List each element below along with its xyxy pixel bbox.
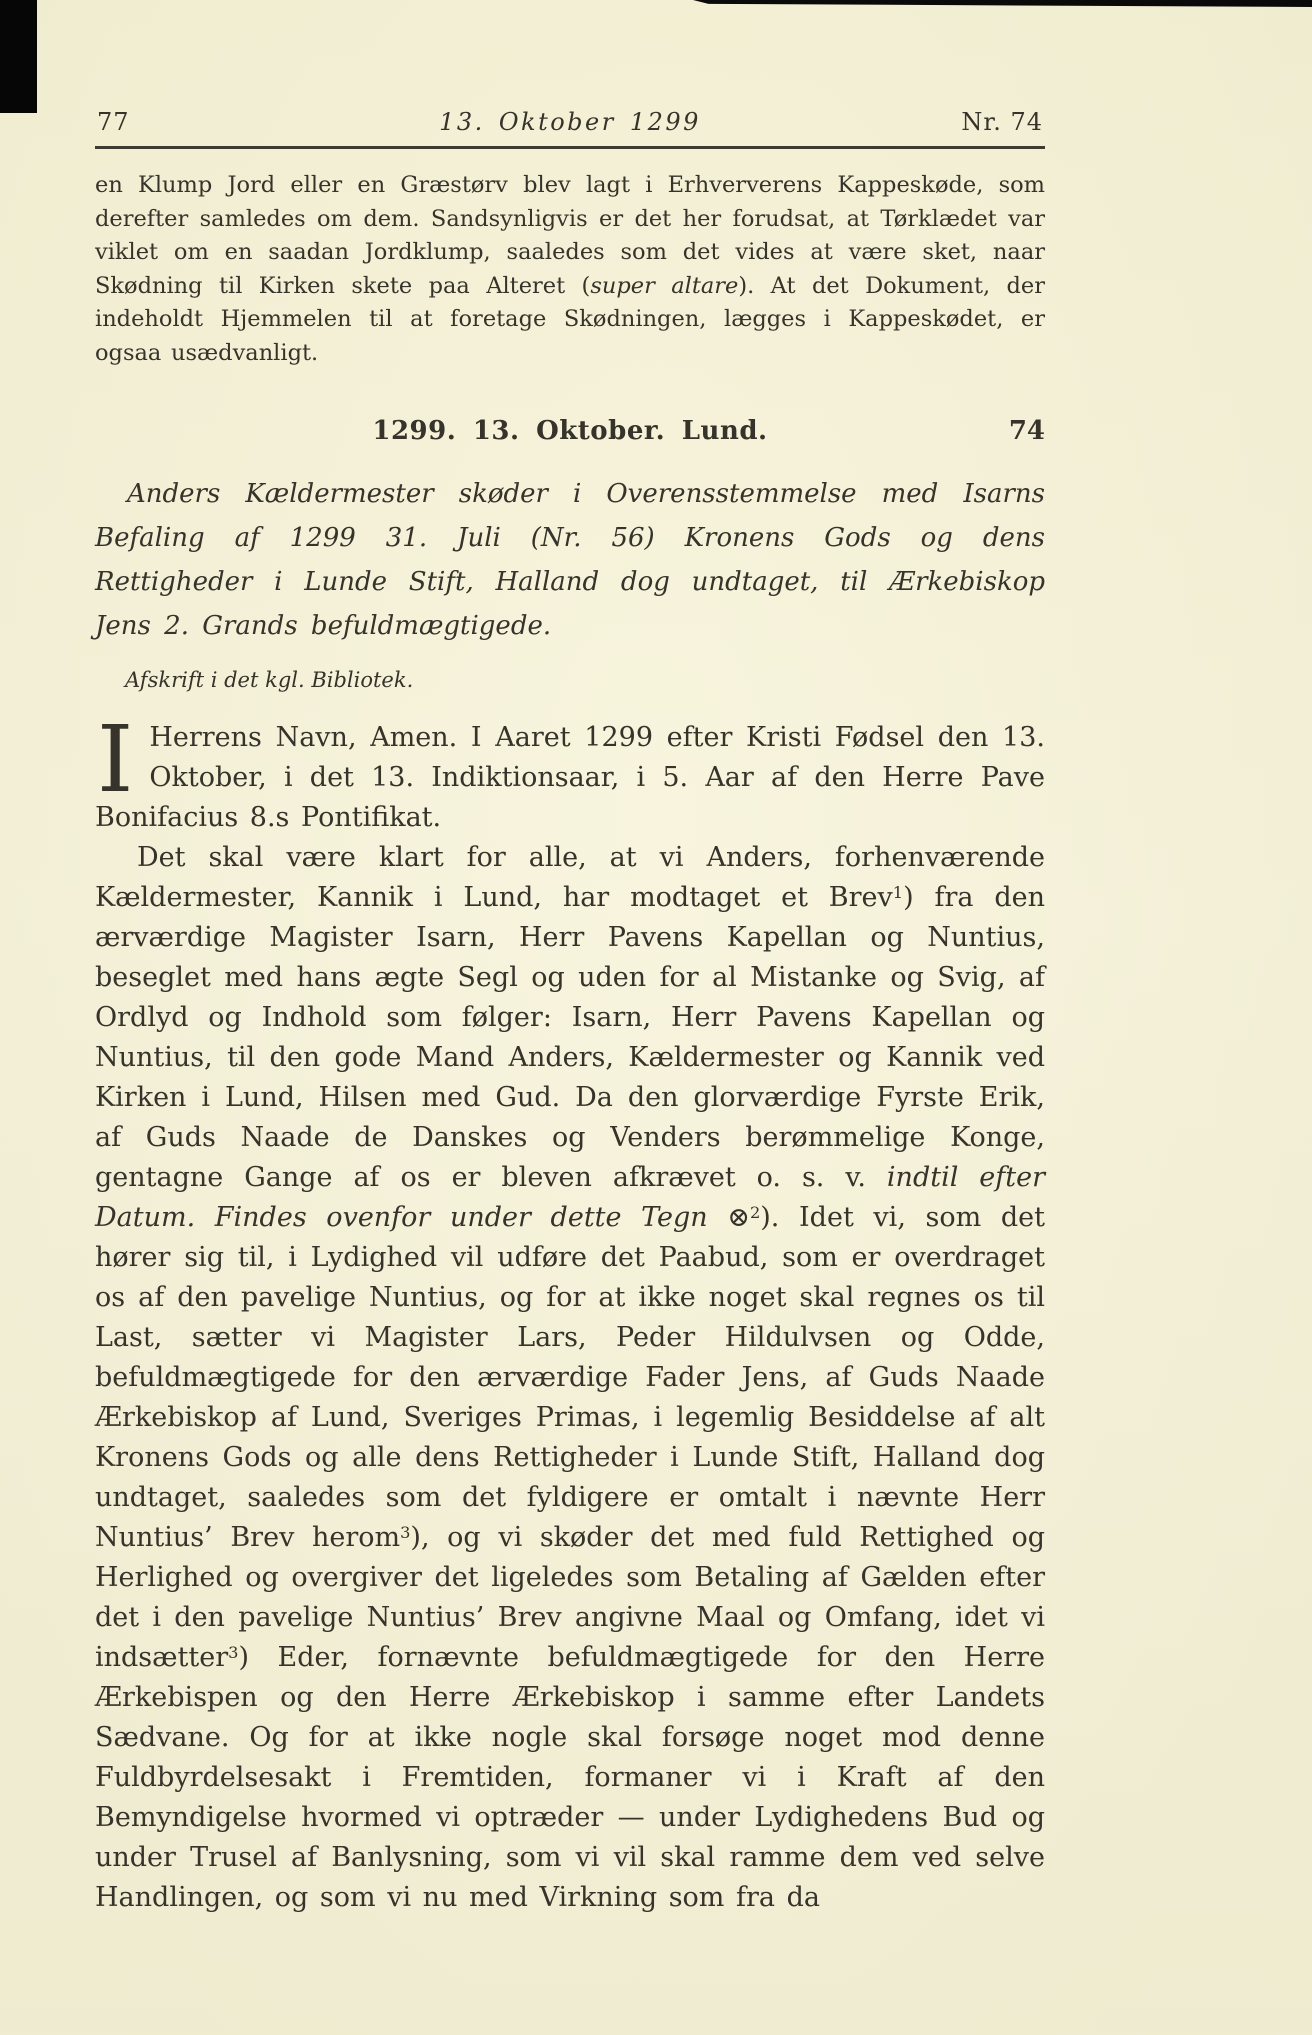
scanned-book-page: 77 13. Oktober 1299 Nr. 74 en Klump Jord… (0, 0, 1312, 2035)
entry-heading: 1299. 13. Oktober. Lund. (95, 416, 895, 446)
commentary-paragraph: en Klump Jord eller en Græstørv blev lag… (95, 169, 1045, 370)
document-number-label: Nr. 74 (873, 108, 1043, 136)
scan-edge-artifact-strip (693, 0, 1312, 7)
invocation-text: Herrens Navn, Amen. I Aaret 1299 efter K… (95, 722, 1045, 833)
entry-heading-row: 1299. 13. Oktober. Lund. 74 (95, 416, 1045, 446)
running-title: 13. Oktober 1299 (267, 108, 873, 136)
entry-summary: Anders Kældermester skøder i Overensstem… (95, 472, 1045, 648)
page-number: 77 (97, 108, 267, 136)
running-head: 77 13. Oktober 1299 Nr. 74 (95, 108, 1045, 149)
invocation-paragraph: IHerrens Navn, Amen. I Aaret 1299 efter … (95, 718, 1045, 838)
page-text-block: 77 13. Oktober 1299 Nr. 74 en Klump Jord… (95, 108, 1045, 1918)
scan-edge-artifact-corner (0, 0, 37, 113)
source-note: Afskrift i det kgl. Bibliotek. (125, 668, 1045, 692)
entry-number: 74 (895, 416, 1045, 446)
drop-cap: I (95, 718, 149, 796)
main-text-paragraph: Det skal være klart for alle, at vi Ande… (95, 838, 1045, 1918)
